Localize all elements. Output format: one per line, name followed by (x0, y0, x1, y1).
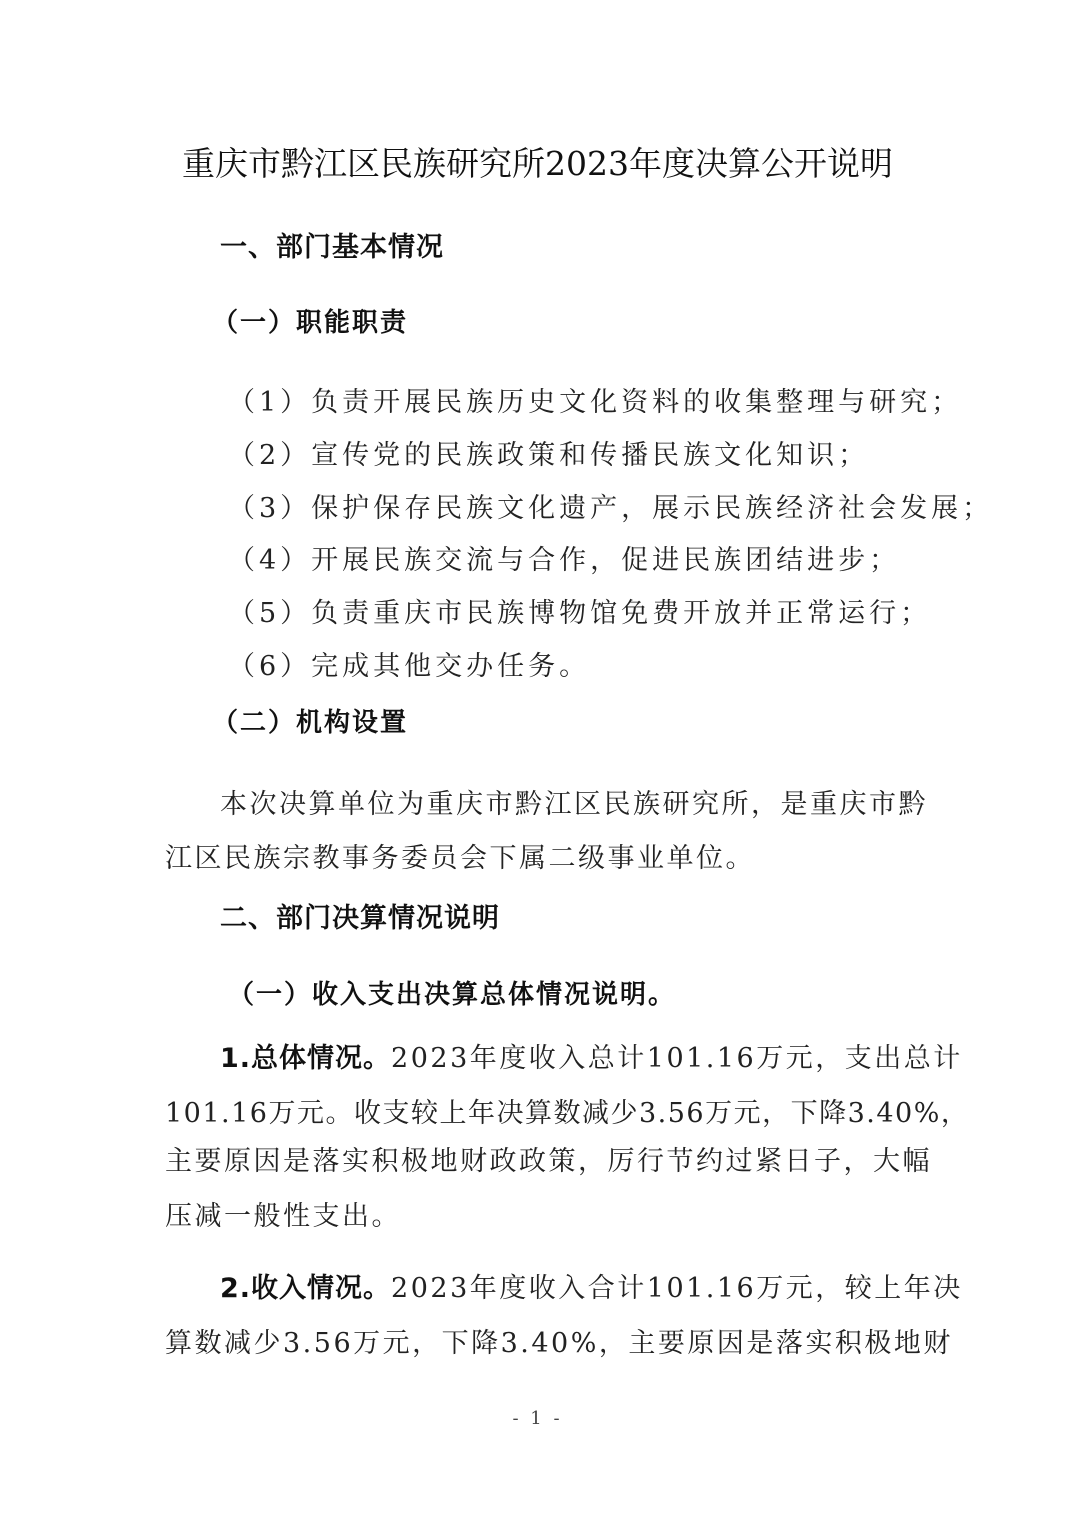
income-paragraph-line: 算数减少3.56万元，下降3.40%，主要原因是落实积极地财 (165, 1321, 953, 1360)
overall-paragraph-line: 101.16万元。收支较上年决算数减少3.56万元，下降3.40%， (165, 1091, 969, 1130)
overall-paragraph-line: 压减一般性支出。 (165, 1194, 401, 1233)
overall-text: 2023年度收入总计101.16万元，支出总计 (391, 1043, 963, 1074)
duty-item: （5）负责重庆市民族博物馆免费开放并正常运行； (228, 591, 931, 630)
section-heading-final-accounts: 二、部门决算情况说明 (220, 896, 500, 935)
subheading-income-expenditure: （一）收入支出决算总体情况说明。 (228, 974, 676, 1011)
organization-text-line: 江区民族宗教事务委员会下属二级事业单位。 (165, 836, 755, 875)
duty-item: （1）负责开展民族历史文化资料的收集整理与研究； (228, 380, 962, 419)
overall-paragraph-line: 主要原因是落实积极地财政政策，厉行节约过紧日子，大幅 (165, 1139, 932, 1178)
overall-paragraph-line: 1.总体情况。2023年度收入总计101.16万元，支出总计 (220, 1036, 963, 1075)
organization-text-line: 本次决算单位为重庆市黔江区民族研究所，是重庆市黔 (220, 782, 928, 821)
document-title: 重庆市黔江区民族研究所2023年度决算公开说明 (0, 138, 1075, 185)
income-lead: 2.收入情况。 (220, 1273, 391, 1304)
section-heading-basic-info: 一、部门基本情况 (220, 225, 444, 264)
subheading-duties: （一）职能职责 (212, 302, 408, 339)
duty-item: （3）保护保存民族文化遗产，展示民族经济社会发展； (228, 486, 993, 525)
page-number: - 1 - (0, 1408, 1075, 1429)
duty-item: （4）开展民族交流与合作，促进民族团结进步； (228, 538, 900, 577)
duty-item: （2）宣传党的民族政策和传播民族文化知识； (228, 433, 869, 472)
overall-lead: 1.总体情况。 (220, 1043, 391, 1074)
subheading-organization: （二）机构设置 (212, 702, 408, 739)
income-text: 2023年度收入合计101.16万元，较上年决 (391, 1273, 963, 1304)
duty-item: （6）完成其他交办任务。 (228, 644, 590, 683)
income-paragraph-line: 2.收入情况。2023年度收入合计101.16万元，较上年决 (220, 1266, 963, 1305)
